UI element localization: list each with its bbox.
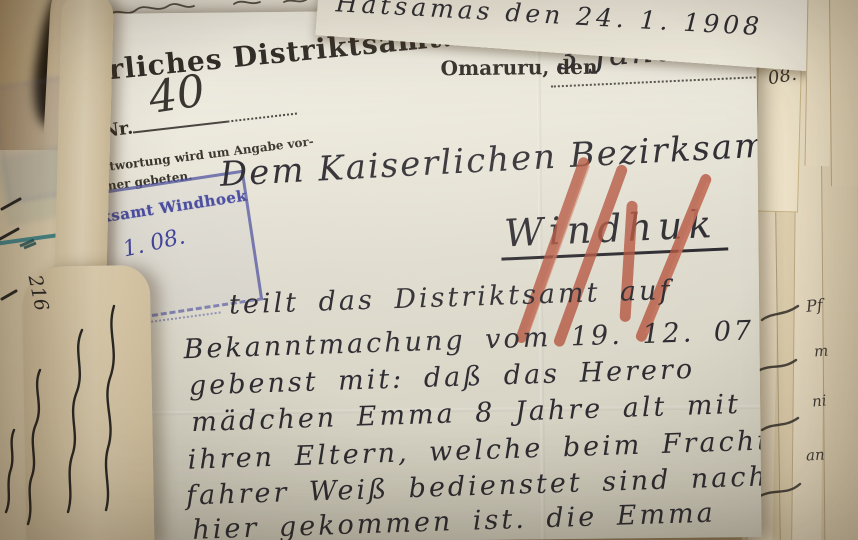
left-margin-scribbles bbox=[0, 300, 156, 540]
back-page-dateline: Hatsamas den 24. 1. 1908 bbox=[335, 0, 764, 41]
right-margin-fragment-1: Pf bbox=[805, 295, 824, 316]
right-gap-ink-strokes bbox=[758, 300, 802, 540]
journal-number-line-dotted bbox=[226, 99, 297, 123]
front-curl-upper bbox=[54, 0, 114, 291]
right-top-strip-2 bbox=[829, 0, 858, 186]
right-top-strip-1 bbox=[805, 0, 833, 166]
photo-root: 08. Pf m ni an serliches Distriktsamt. J… bbox=[0, 0, 858, 540]
right-margin-fragment-4: an bbox=[806, 446, 826, 465]
right-margin-fragment-3: ni bbox=[811, 391, 827, 410]
letter-page: serliches Distriktsamt. J.-Nr. 40 Beantw… bbox=[88, 7, 762, 540]
journal-number-value: 40 bbox=[145, 65, 208, 124]
right-margin-fragment-2: m bbox=[813, 342, 828, 361]
stamp-date: 1. 08. bbox=[121, 224, 188, 262]
